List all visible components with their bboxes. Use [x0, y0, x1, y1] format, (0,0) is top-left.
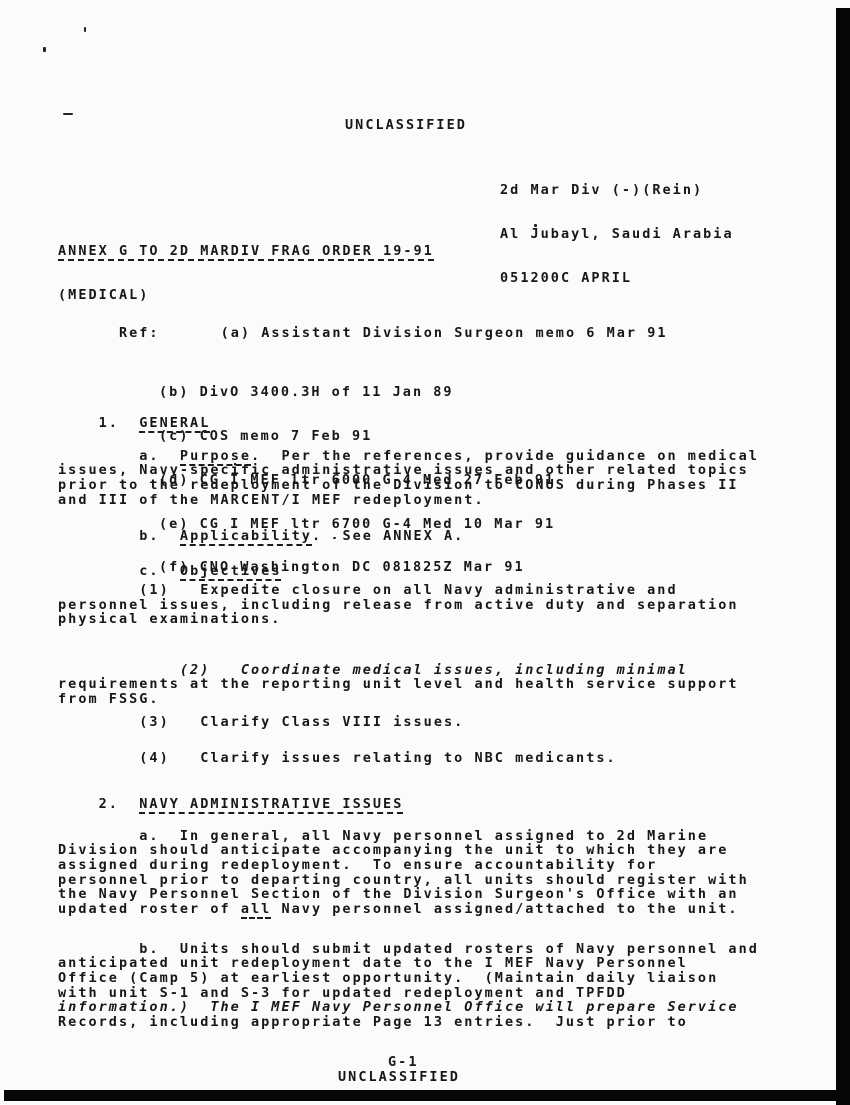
- footer-page-number: G-1: [388, 1055, 418, 1070]
- reference-item-b: (b) DivO 3400.3H of 11 Jan 89: [58, 385, 668, 400]
- scan-edge-bottom-bar: [4, 1090, 850, 1101]
- para-2a: a. In general, all Navy personnel assign…: [58, 814, 749, 931]
- scan-artifact: [43, 47, 46, 52]
- para-1c-label: Objectives: [180, 563, 282, 581]
- scanned-document-page: UNCLASSIFIED 2d Mar Div (-)(Rein) Al Jub…: [0, 0, 850, 1105]
- letterhead-location: Al Jubayl, Saudi Arabia: [500, 227, 734, 242]
- scan-artifact: [84, 27, 86, 32]
- objective-3: (3) Clarify Class VIII issues.: [58, 715, 464, 730]
- para-1b-label: Applicability: [180, 528, 312, 546]
- annex-title: ANNEX G TO 2D MARDIV FRAG ORDER 19-91: [58, 243, 434, 261]
- para-2a-part2: Navy personnel assigned/attached to the …: [271, 901, 738, 917]
- para-1a-lead: a.: [99, 448, 180, 464]
- classification-header: UNCLASSIFIED: [345, 118, 467, 133]
- para-2a-underlined-word: all: [241, 901, 271, 919]
- para-2b-part2: Records, including appropriate Page 13 e…: [58, 1014, 688, 1030]
- section-2-title: NAVY ADMINISTRATIVE ISSUES: [139, 796, 403, 814]
- para-1b-lead: b.: [99, 528, 180, 544]
- scan-artifact: [63, 113, 73, 115]
- scan-edge-right-bar: [836, 8, 850, 1105]
- section-1-number: 1.: [99, 415, 119, 431]
- section-2-number: 2.: [99, 796, 119, 812]
- reference-item-a: (a) Assistant Division Surgeon memo 6 Ma…: [221, 325, 668, 341]
- para-1b-body: . See ANNEX A.: [312, 528, 464, 544]
- objective-2-rest: requirements at the reporting unit level…: [58, 676, 739, 707]
- references-label: Ref:: [119, 325, 160, 341]
- para-1a: a. Purpose. Per the references, provide …: [58, 434, 759, 522]
- objective-4: (4) Clarify issues relating to NBC medic…: [58, 751, 617, 766]
- section-1-title: GENERAL: [139, 415, 210, 433]
- objective-1: (1) Expedite closure on all Navy adminis…: [58, 583, 739, 627]
- objective-2-italic-line: (2) Coordinate medical issues, including…: [99, 662, 688, 678]
- letterhead-unit: 2d Mar Div (-)(Rein): [500, 183, 734, 198]
- para-2b-italic: information.) The I MEF Navy Personnel O…: [58, 999, 739, 1015]
- para-2b-part1: b. Units should submit updated rosters o…: [58, 941, 759, 1001]
- objective-2: (2) Coordinate medical issues, including…: [58, 648, 739, 721]
- para-2b: b. Units should submit updated rosters o…: [58, 927, 759, 1044]
- classification-footer: UNCLASSIFIED: [338, 1070, 460, 1085]
- para-1c-lead: c.: [99, 563, 180, 579]
